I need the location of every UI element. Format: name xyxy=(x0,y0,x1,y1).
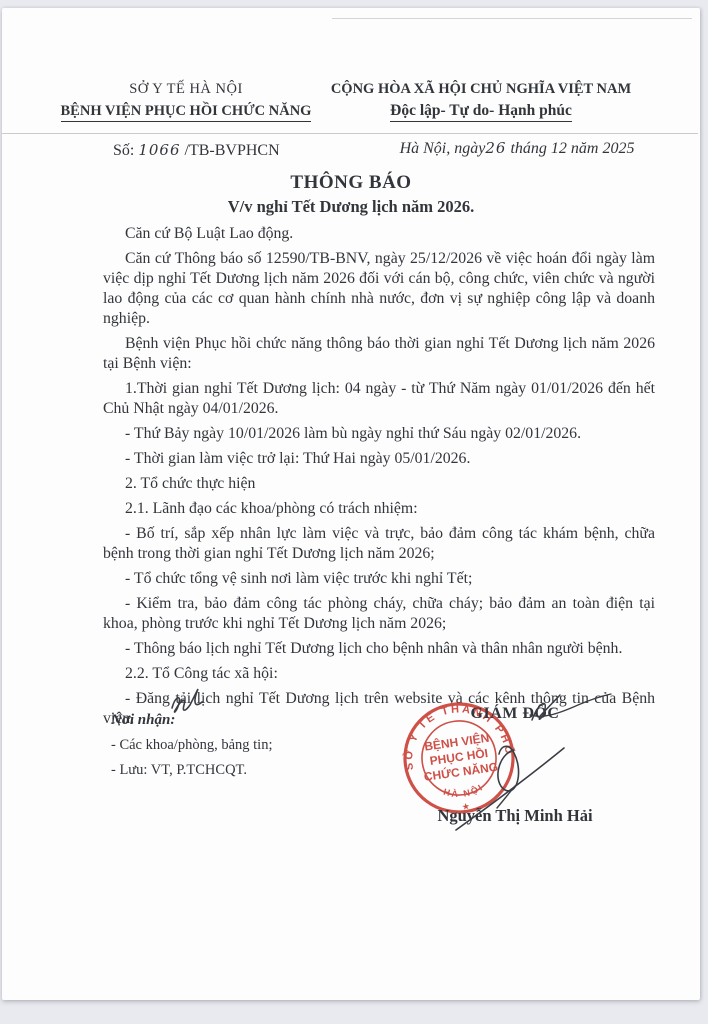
national-motto-block: CỘNG HÒA XÃ HỘI CHỦ NGHĨA VIỆT NAM Độc l… xyxy=(300,81,662,120)
document-number: Số: 1066 /TB-BVPHCN xyxy=(113,141,280,160)
signer-name: Nguyễn Thị Minh Hải xyxy=(410,806,620,826)
body-paragraph: - Tổ chức tổng vệ sinh nơi làm việc trướ… xyxy=(103,569,655,589)
body-paragraph: Căn cứ Thông báo số 12590/TB-BNV, ngày 2… xyxy=(103,249,655,329)
document-body: Căn cứ Bộ Luật Lao động. Căn cứ Thông bá… xyxy=(103,224,655,734)
authority-parent: SỞ Y TẾ HÀ NỘI xyxy=(30,81,342,98)
body-paragraph: 1.Thời gian nghỉ Tết Dương lịch: 04 ngày… xyxy=(103,379,655,419)
signer-title: GIÁM ĐỐC xyxy=(471,705,560,722)
scan-artifact-line xyxy=(2,133,698,134)
document-title: THÔNG BÁO xyxy=(2,172,700,194)
body-paragraph: - Thời gian làm việc trở lại: Thứ Hai ng… xyxy=(103,449,655,469)
body-paragraph: 2.2. Tổ Công tác xã hội: xyxy=(103,664,655,684)
place-date-line: Hà Nội, ngày26 tháng 12 năm 2025 xyxy=(372,139,662,158)
document-page: SỞ Y TẾ HÀ NỘI BỆNH VIỆN PHỤC HỒI CHỨC N… xyxy=(2,8,700,1000)
national-title: CỘNG HÒA XÃ HỘI CHỦ NGHĨA VIỆT NAM xyxy=(300,81,662,98)
recipients-block: Nơi nhận: - Các khoa/phòng, bảng tin; - … xyxy=(111,712,272,779)
recipients-label: Nơi nhận: xyxy=(111,712,272,729)
scan-artifact-line xyxy=(332,18,692,19)
scanned-document-canvas: { "colors": { "stamp_red": "#c8392e", "t… xyxy=(0,0,708,1024)
body-paragraph: 2.1. Lãnh đạo các khoa/phòng có trách nh… xyxy=(103,499,655,519)
svg-text:HÀ NỘI: HÀ NỘI xyxy=(441,781,486,802)
handwritten-date: 26 xyxy=(485,139,506,157)
national-motto: Độc lập- Tự do- Hạnh phúc xyxy=(300,102,662,120)
recipient-line: - Các khoa/phòng, bảng tin; xyxy=(111,737,272,754)
stamp-ring-bottom-text: HÀ NỘI xyxy=(441,781,486,802)
body-paragraph: Bệnh viện Phục hồi chức năng thông báo t… xyxy=(103,334,655,374)
body-paragraph: - Kiểm tra, bảo đảm công tác phòng cháy,… xyxy=(103,594,655,634)
signer-block: GIÁM ĐỐC xyxy=(410,705,620,723)
recipient-line: - Lưu: VT, P.TCHCQT. xyxy=(111,762,272,779)
body-paragraph: - Bố trí, sắp xếp nhân lực làm việc và t… xyxy=(103,524,655,564)
handwritten-number: 1066 xyxy=(138,141,180,159)
body-paragraph: - Thông báo lịch nghỉ Tết Dương lịch cho… xyxy=(103,639,655,659)
issuing-authority-block: SỞ Y TẾ HÀ NỘI BỆNH VIỆN PHỤC HỒI CHỨC N… xyxy=(30,81,342,120)
body-paragraph: - Thứ Bảy ngày 10/01/2026 làm bù ngày ng… xyxy=(103,424,655,444)
document-subject: V/v nghỉ Tết Dương lịch năm 2026. xyxy=(2,197,700,217)
authority-name: BỆNH VIỆN PHỤC HỒI CHỨC NĂNG xyxy=(30,103,342,120)
body-paragraph: Căn cứ Bộ Luật Lao động. xyxy=(103,224,655,244)
body-paragraph: 2. Tổ chức thực hiện xyxy=(103,474,655,494)
